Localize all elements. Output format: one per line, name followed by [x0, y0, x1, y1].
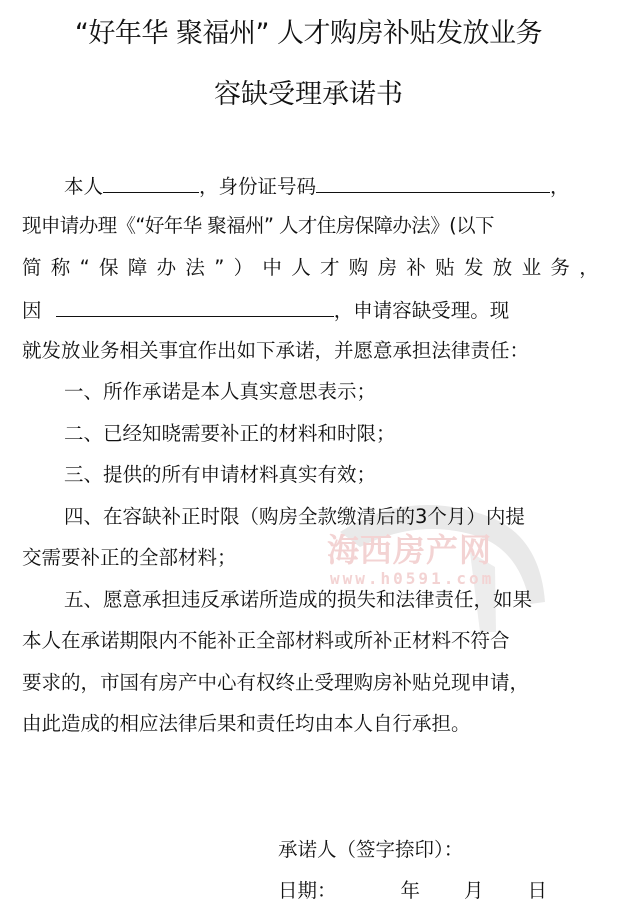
commitment-item-4: 四、在容缺补正时限（购房全款缴清后的3个月）内提 [64, 504, 525, 530]
month-label: 月 [464, 878, 484, 904]
reason-blank-field[interactable] [56, 296, 334, 317]
commitment-item-4-continuation: 交需要补正的全部材料； [22, 545, 237, 571]
signer-label: 承诺人（签字捺印）： [278, 837, 463, 863]
year-label: 年 [401, 878, 421, 904]
paragraph-line: 现申请办理《“好年华 聚福州” 人才住房保障办法》(以下 [22, 213, 494, 239]
paragraph-line: 本人，身份证号码， [64, 172, 570, 200]
commitment-item-3: 三、提供的所有申请材料真实有效； [64, 462, 376, 488]
commitment-item-1: 一、所作承诺是本人真实意思表示； [64, 379, 376, 405]
id-number-blank-field[interactable] [316, 172, 550, 193]
paragraph-line: 简称“保障办法”）中人才购房补贴发放业务， [22, 255, 608, 281]
label-apply: ，申请容缺受理。现 [334, 299, 510, 322]
document-title-line2: 容缺受理承诺书 [0, 78, 617, 112]
paragraph-line: 就发放业务相关事宜作出如下承诺，并愿意承担法律责任： [22, 338, 529, 364]
label-self: 本人 [64, 175, 103, 198]
day-label: 日 [528, 878, 548, 904]
date-row: 日期：年月日 [278, 878, 547, 904]
commitment-item-5: 五、愿意承担违反承诺所造成的损失和法律责任，如果 [64, 587, 532, 613]
paragraph-line: 因 ，申请容缺受理。现 [22, 296, 509, 324]
commitment-item-5-continuation: 本人在承诺期限内不能补正全部材料或所补正材料不符合 [22, 628, 510, 654]
commitment-item-5-continuation: 要求的，市国有房产中心有权终止受理购房补贴兑现申请， [22, 670, 529, 696]
label-id-number: ，身份证号码 [199, 175, 316, 198]
watermark-url: www.h0591.com [330, 569, 494, 588]
document-title-line1: “好年华 聚福州” 人才购房补贴发放业务 [0, 17, 617, 51]
date-label: 日期： [278, 878, 337, 904]
commitment-item-2: 二、已经知晓需要补正的材料和时限； [64, 421, 396, 447]
name-blank-field[interactable] [103, 172, 199, 193]
watermark-text: 海西房产网 [327, 525, 492, 571]
comma: ， [550, 175, 570, 198]
commitment-item-5-continuation: 由此造成的相应法律后果和责任均由本人自行承担。 [22, 711, 471, 737]
label-because: 因 [22, 299, 42, 322]
